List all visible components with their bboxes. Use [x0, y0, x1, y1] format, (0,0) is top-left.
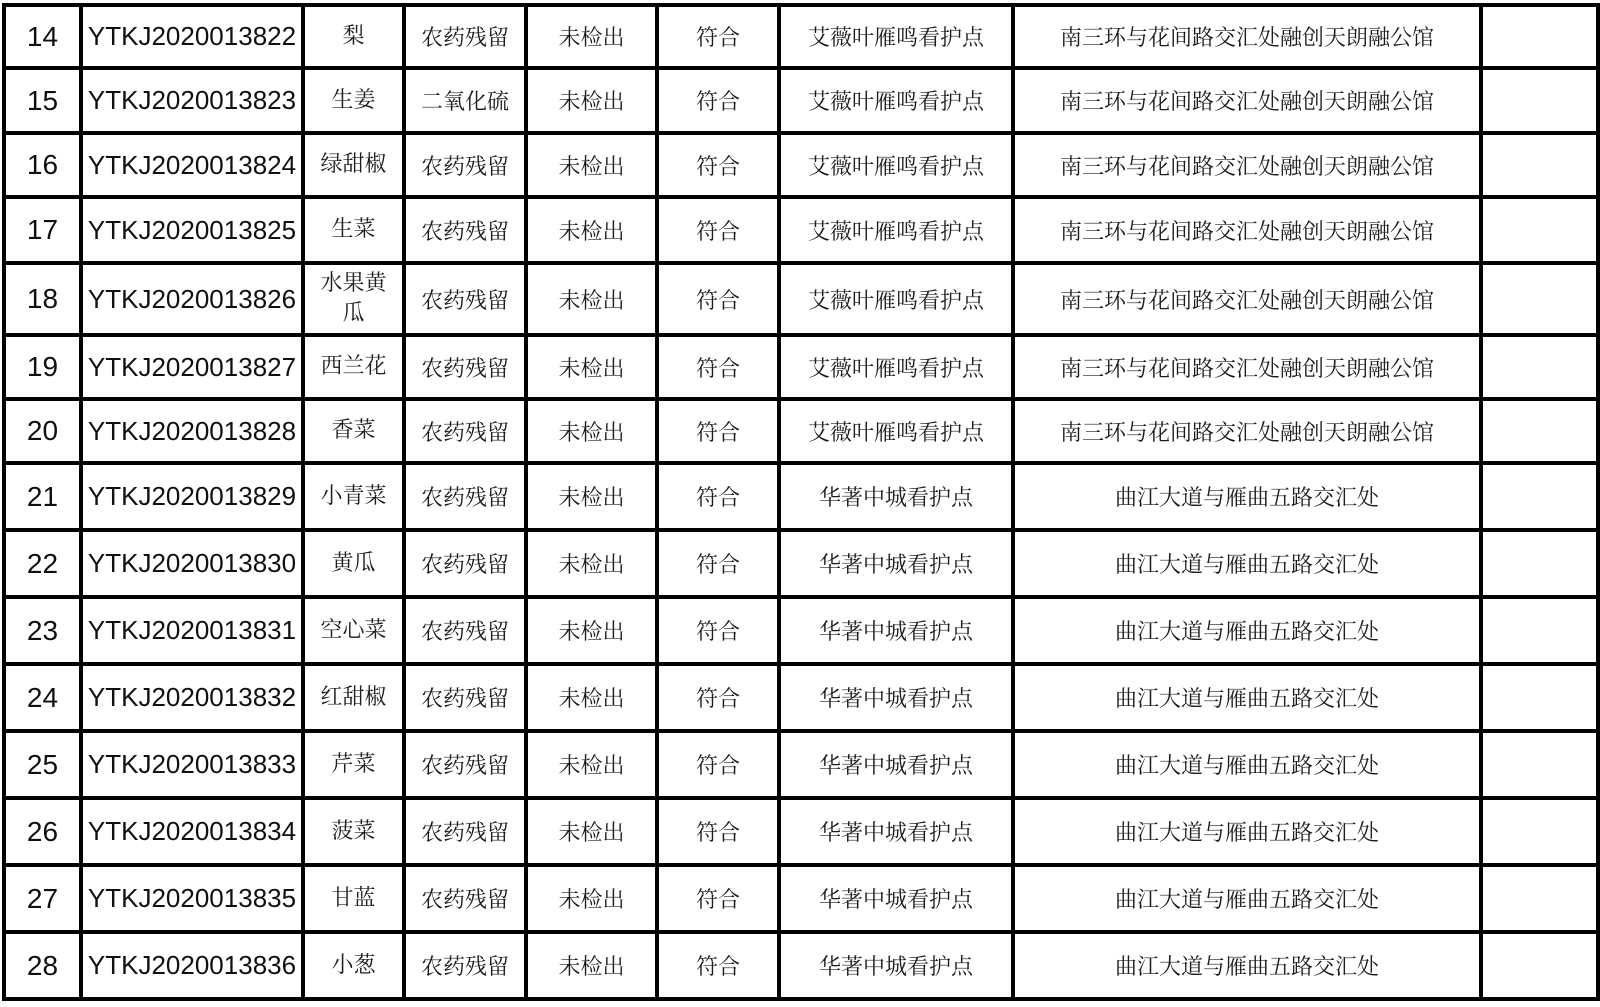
cell-sample-name: 小葱: [305, 934, 402, 997]
cell-row-number: 24: [6, 666, 79, 729]
cell-address: 南三环与花间路交汇处融创天朗融公馆: [1015, 337, 1479, 397]
cell-test-item: 农药残留: [406, 532, 524, 595]
cell-empty: [1483, 666, 1596, 729]
cell-address: 曲江大道与雁曲五路交汇处: [1015, 800, 1479, 863]
inspection-results-table: 14 YTKJ2020013822 梨 农药残留 未检出 符合 艾薇叶雁鸣看护点…: [2, 3, 1600, 1001]
cell-sample-code: YTKJ2020013835: [83, 867, 301, 930]
cell-row-number: 22: [6, 532, 79, 595]
cell-conclusion: 符合: [659, 867, 777, 930]
cell-sample-name: 梨: [305, 7, 402, 66]
cell-conclusion: 符合: [659, 934, 777, 997]
cell-test-item: 农药残留: [406, 733, 524, 796]
cell-result: 未检出: [528, 934, 655, 997]
cell-row-number: 17: [6, 199, 79, 261]
cell-empty: [1483, 401, 1596, 461]
cell-empty: [1483, 532, 1596, 595]
cell-sample-name: 芹菜: [305, 733, 402, 796]
cell-sample-code: YTKJ2020013832: [83, 666, 301, 729]
cell-sample-code: YTKJ2020013822: [83, 7, 301, 66]
cell-conclusion: 符合: [659, 7, 777, 66]
cell-conclusion: 符合: [659, 337, 777, 397]
cell-sample-code: YTKJ2020013824: [83, 135, 301, 195]
cell-sample-name: 黄瓜: [305, 532, 402, 595]
cell-row-number: 26: [6, 800, 79, 863]
cell-site: 华著中城看护点: [781, 800, 1011, 863]
cell-test-item: 农药残留: [406, 199, 524, 261]
cell-conclusion: 符合: [659, 70, 777, 131]
cell-empty: [1483, 599, 1596, 662]
cell-sample-name: 生姜: [305, 70, 402, 131]
cell-sample-name: 西兰花: [305, 337, 402, 397]
cell-row-number: 15: [6, 70, 79, 131]
cell-address: 曲江大道与雁曲五路交汇处: [1015, 465, 1479, 528]
cell-sample-code: YTKJ2020013833: [83, 733, 301, 796]
cell-sample-name: 小青菜: [305, 465, 402, 528]
cell-address: 曲江大道与雁曲五路交汇处: [1015, 934, 1479, 997]
cell-empty: [1483, 733, 1596, 796]
cell-sample-name: 香菜: [305, 401, 402, 461]
cell-conclusion: 符合: [659, 199, 777, 261]
cell-result: 未检出: [528, 599, 655, 662]
cell-test-item: 农药残留: [406, 800, 524, 863]
cell-test-item: 农药残留: [406, 135, 524, 195]
cell-site: 华著中城看护点: [781, 599, 1011, 662]
cell-site: 艾薇叶雁鸣看护点: [781, 199, 1011, 261]
cell-conclusion: 符合: [659, 465, 777, 528]
cell-test-item: 农药残留: [406, 599, 524, 662]
cell-test-item: 农药残留: [406, 265, 524, 333]
cell-empty: [1483, 265, 1596, 333]
cell-test-item: 农药残留: [406, 867, 524, 930]
cell-conclusion: 符合: [659, 532, 777, 595]
cell-result: 未检出: [528, 465, 655, 528]
cell-address: 南三环与花间路交汇处融创天朗融公馆: [1015, 7, 1479, 66]
cell-address: 南三环与花间路交汇处融创天朗融公馆: [1015, 135, 1479, 195]
cell-row-number: 27: [6, 867, 79, 930]
cell-row-number: 14: [6, 7, 79, 66]
cell-result: 未检出: [528, 733, 655, 796]
cell-empty: [1483, 934, 1596, 997]
cell-test-item: 农药残留: [406, 666, 524, 729]
cell-conclusion: 符合: [659, 666, 777, 729]
cell-site: 艾薇叶雁鸣看护点: [781, 337, 1011, 397]
cell-conclusion: 符合: [659, 800, 777, 863]
cell-sample-name: 红甜椒: [305, 666, 402, 729]
cell-site: 华著中城看护点: [781, 934, 1011, 997]
cell-sample-code: YTKJ2020013836: [83, 934, 301, 997]
cell-address: 曲江大道与雁曲五路交汇处: [1015, 666, 1479, 729]
cell-row-number: 16: [6, 135, 79, 195]
cell-address: 曲江大道与雁曲五路交汇处: [1015, 733, 1479, 796]
cell-sample-name: 菠菜: [305, 800, 402, 863]
cell-conclusion: 符合: [659, 733, 777, 796]
cell-sample-code: YTKJ2020013830: [83, 532, 301, 595]
cell-site: 华著中城看护点: [781, 733, 1011, 796]
cell-address: 南三环与花间路交汇处融创天朗融公馆: [1015, 265, 1479, 333]
cell-sample-name: 空心菜: [305, 599, 402, 662]
cell-empty: [1483, 7, 1596, 66]
cell-empty: [1483, 70, 1596, 131]
cell-site: 艾薇叶雁鸣看护点: [781, 70, 1011, 131]
cell-test-item: 农药残留: [406, 934, 524, 997]
cell-site: 艾薇叶雁鸣看护点: [781, 401, 1011, 461]
cell-sample-code: YTKJ2020013831: [83, 599, 301, 662]
cell-sample-name: 绿甜椒: [305, 135, 402, 195]
cell-empty: [1483, 199, 1596, 261]
cell-address: 南三环与花间路交汇处融创天朗融公馆: [1015, 401, 1479, 461]
cell-sample-code: YTKJ2020013823: [83, 70, 301, 131]
cell-row-number: 23: [6, 599, 79, 662]
cell-test-item: 农药残留: [406, 7, 524, 66]
cell-result: 未检出: [528, 7, 655, 66]
cell-address: 南三环与花间路交汇处融创天朗融公馆: [1015, 199, 1479, 261]
cell-result: 未检出: [528, 337, 655, 397]
cell-sample-name: 生菜: [305, 199, 402, 261]
cell-conclusion: 符合: [659, 401, 777, 461]
cell-result: 未检出: [528, 401, 655, 461]
cell-site: 华著中城看护点: [781, 867, 1011, 930]
cell-result: 未检出: [528, 800, 655, 863]
cell-row-number: 20: [6, 401, 79, 461]
cell-site: 艾薇叶雁鸣看护点: [781, 7, 1011, 66]
cell-test-item: 农药残留: [406, 337, 524, 397]
cell-test-item: 二氧化硫: [406, 70, 524, 131]
cell-row-number: 19: [6, 337, 79, 397]
cell-sample-name: 甘蓝: [305, 867, 402, 930]
cell-site: 华著中城看护点: [781, 465, 1011, 528]
cell-sample-code: YTKJ2020013825: [83, 199, 301, 261]
cell-address: 曲江大道与雁曲五路交汇处: [1015, 599, 1479, 662]
cell-empty: [1483, 867, 1596, 930]
cell-address: 曲江大道与雁曲五路交汇处: [1015, 532, 1479, 595]
cell-row-number: 18: [6, 265, 79, 333]
cell-result: 未检出: [528, 867, 655, 930]
cell-sample-code: YTKJ2020013827: [83, 337, 301, 397]
cell-conclusion: 符合: [659, 599, 777, 662]
cell-conclusion: 符合: [659, 265, 777, 333]
document-page: 14 YTKJ2020013822 梨 农药残留 未检出 符合 艾薇叶雁鸣看护点…: [0, 0, 1600, 1007]
cell-address: 南三环与花间路交汇处融创天朗融公馆: [1015, 70, 1479, 131]
cell-result: 未检出: [528, 532, 655, 595]
cell-empty: [1483, 800, 1596, 863]
cell-sample-code: YTKJ2020013834: [83, 800, 301, 863]
cell-row-number: 21: [6, 465, 79, 528]
cell-test-item: 农药残留: [406, 401, 524, 461]
cell-sample-code: YTKJ2020013826: [83, 265, 301, 333]
cell-site: 华著中城看护点: [781, 666, 1011, 729]
cell-site: 艾薇叶雁鸣看护点: [781, 135, 1011, 195]
cell-result: 未检出: [528, 70, 655, 131]
cell-conclusion: 符合: [659, 135, 777, 195]
cell-empty: [1483, 465, 1596, 528]
cell-result: 未检出: [528, 666, 655, 729]
cell-result: 未检出: [528, 265, 655, 333]
cell-site: 华著中城看护点: [781, 532, 1011, 595]
cell-sample-code: YTKJ2020013829: [83, 465, 301, 528]
cell-empty: [1483, 337, 1596, 397]
cell-row-number: 28: [6, 934, 79, 997]
cell-test-item: 农药残留: [406, 465, 524, 528]
cell-result: 未检出: [528, 199, 655, 261]
cell-sample-name: 水果黄瓜: [305, 265, 402, 333]
cell-result: 未检出: [528, 135, 655, 195]
cell-row-number: 25: [6, 733, 79, 796]
cell-address: 曲江大道与雁曲五路交汇处: [1015, 867, 1479, 930]
cell-site: 艾薇叶雁鸣看护点: [781, 265, 1011, 333]
cell-empty: [1483, 135, 1596, 195]
cell-sample-code: YTKJ2020013828: [83, 401, 301, 461]
